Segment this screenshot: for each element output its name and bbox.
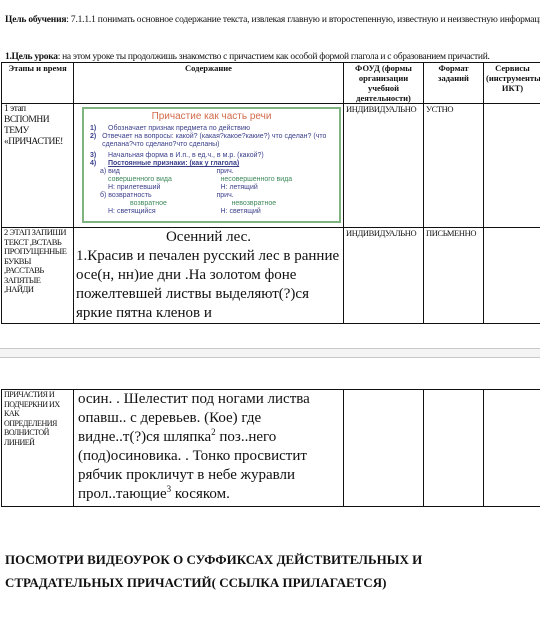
- header-foud: ФОУД (формы организации учебной деятельн…: [344, 63, 424, 104]
- slide-aspect: а) видприч.: [90, 168, 333, 176]
- table-row: 2 ЭТАП ЗАПИШИ ТЕКСТ ,ВСТАВЬ ПРОПУЩЕННЫЕ …: [2, 228, 540, 324]
- table-header-row: Этапы и время Содержание ФОУД (формы орг…: [2, 63, 540, 104]
- stage-cell: ПРИЧАСТИЯ И ПОДЧЕРКНИ ИХ КАК ОПРЕДЕЛЕНИЯ…: [2, 390, 74, 507]
- foud-cell: ИНДИВИДУАЛЬНО: [344, 104, 424, 228]
- format-cell: ПИСЬМЕННО: [424, 228, 484, 324]
- slide-item: 4)Постоянные признаки: (как у глагола): [90, 160, 333, 168]
- header-format: Формат заданий: [424, 63, 484, 104]
- header-services: Сервисы (инструменты ИКТ): [484, 63, 540, 104]
- lesson-goal-label: 1.Цель урока: [5, 52, 58, 62]
- foud-cell: [344, 390, 424, 507]
- dictation-text: 1.Красив и печален русский лес в ранние …: [76, 247, 341, 323]
- learning-goal: Цель обучения: 7.1.1.1 понимать основное…: [5, 15, 540, 25]
- services-cell: [484, 390, 540, 507]
- services-cell: [484, 104, 540, 228]
- learning-goal-text: : 7.1.1.1 понимать основное содержание т…: [66, 15, 540, 25]
- lesson-goal-text: : на этом уроке ты продолжишь знакомство…: [58, 52, 490, 62]
- screenshot-gap: [0, 349, 540, 357]
- foud-cell: ИНДИВИДУАЛЬНО: [344, 228, 424, 324]
- format-cell: УСТНО: [424, 104, 484, 228]
- stage-cell: 1 этап ВСПОМНИ ТЕМУ «ПРИЧАСТИЕ!: [2, 104, 74, 228]
- video-lesson-instruction: ПОСМОТРИ ВИДЕОУРОК О СУФФИКСАХ ДЕЙСТВИТЕ…: [5, 548, 535, 594]
- slide-reflexive: б) возвратностьприч.: [90, 192, 333, 200]
- lesson-table: Этапы и время Содержание ФОУД (формы орг…: [1, 62, 540, 324]
- content-cell: Осенний лес. 1.Красив и печален русский …: [74, 228, 344, 324]
- lesson-goal: 1.Цель урока: на этом уроке ты продолжиш…: [5, 52, 490, 62]
- slide-item: 3)Начальная форма в И.п., в ед.ч., в м.р…: [90, 152, 333, 160]
- content-cell: Причастие как часть речи 1)Обозначает пр…: [74, 104, 344, 228]
- divider: [0, 357, 540, 358]
- lesson-table-continued: ПРИЧАСТИЯ И ПОДЧЕРКНИ ИХ КАК ОПРЕДЕЛЕНИЯ…: [1, 389, 540, 507]
- services-cell: [484, 228, 540, 324]
- table-row: 1 этап ВСПОМНИ ТЕМУ «ПРИЧАСТИЕ! Причасти…: [2, 104, 540, 228]
- format-cell: [424, 390, 484, 507]
- header-content: Содержание: [74, 63, 344, 104]
- header-stages: Этапы и время: [2, 63, 74, 104]
- slide-title: Причастие как часть речи: [90, 111, 333, 123]
- learning-goal-label: Цель обучения: [5, 15, 66, 25]
- content-cell: осин. . Шелестит под ногами листва опавш…: [74, 390, 344, 507]
- slide-item: 1)Обозначает признак предмета по действи…: [90, 125, 333, 133]
- slide-item: 2)Отвечает на вопросы: какой? (какая?как…: [90, 133, 333, 149]
- slide-image: Причастие как часть речи 1)Обозначает пр…: [82, 107, 341, 223]
- text-title: Осенний лес.: [76, 228, 341, 247]
- stage-cell: 2 ЭТАП ЗАПИШИ ТЕКСТ ,ВСТАВЬ ПРОПУЩЕННЫЕ …: [2, 228, 74, 324]
- table-row: ПРИЧАСТИЯ И ПОДЧЕРКНИ ИХ КАК ОПРЕДЕЛЕНИЯ…: [2, 390, 540, 507]
